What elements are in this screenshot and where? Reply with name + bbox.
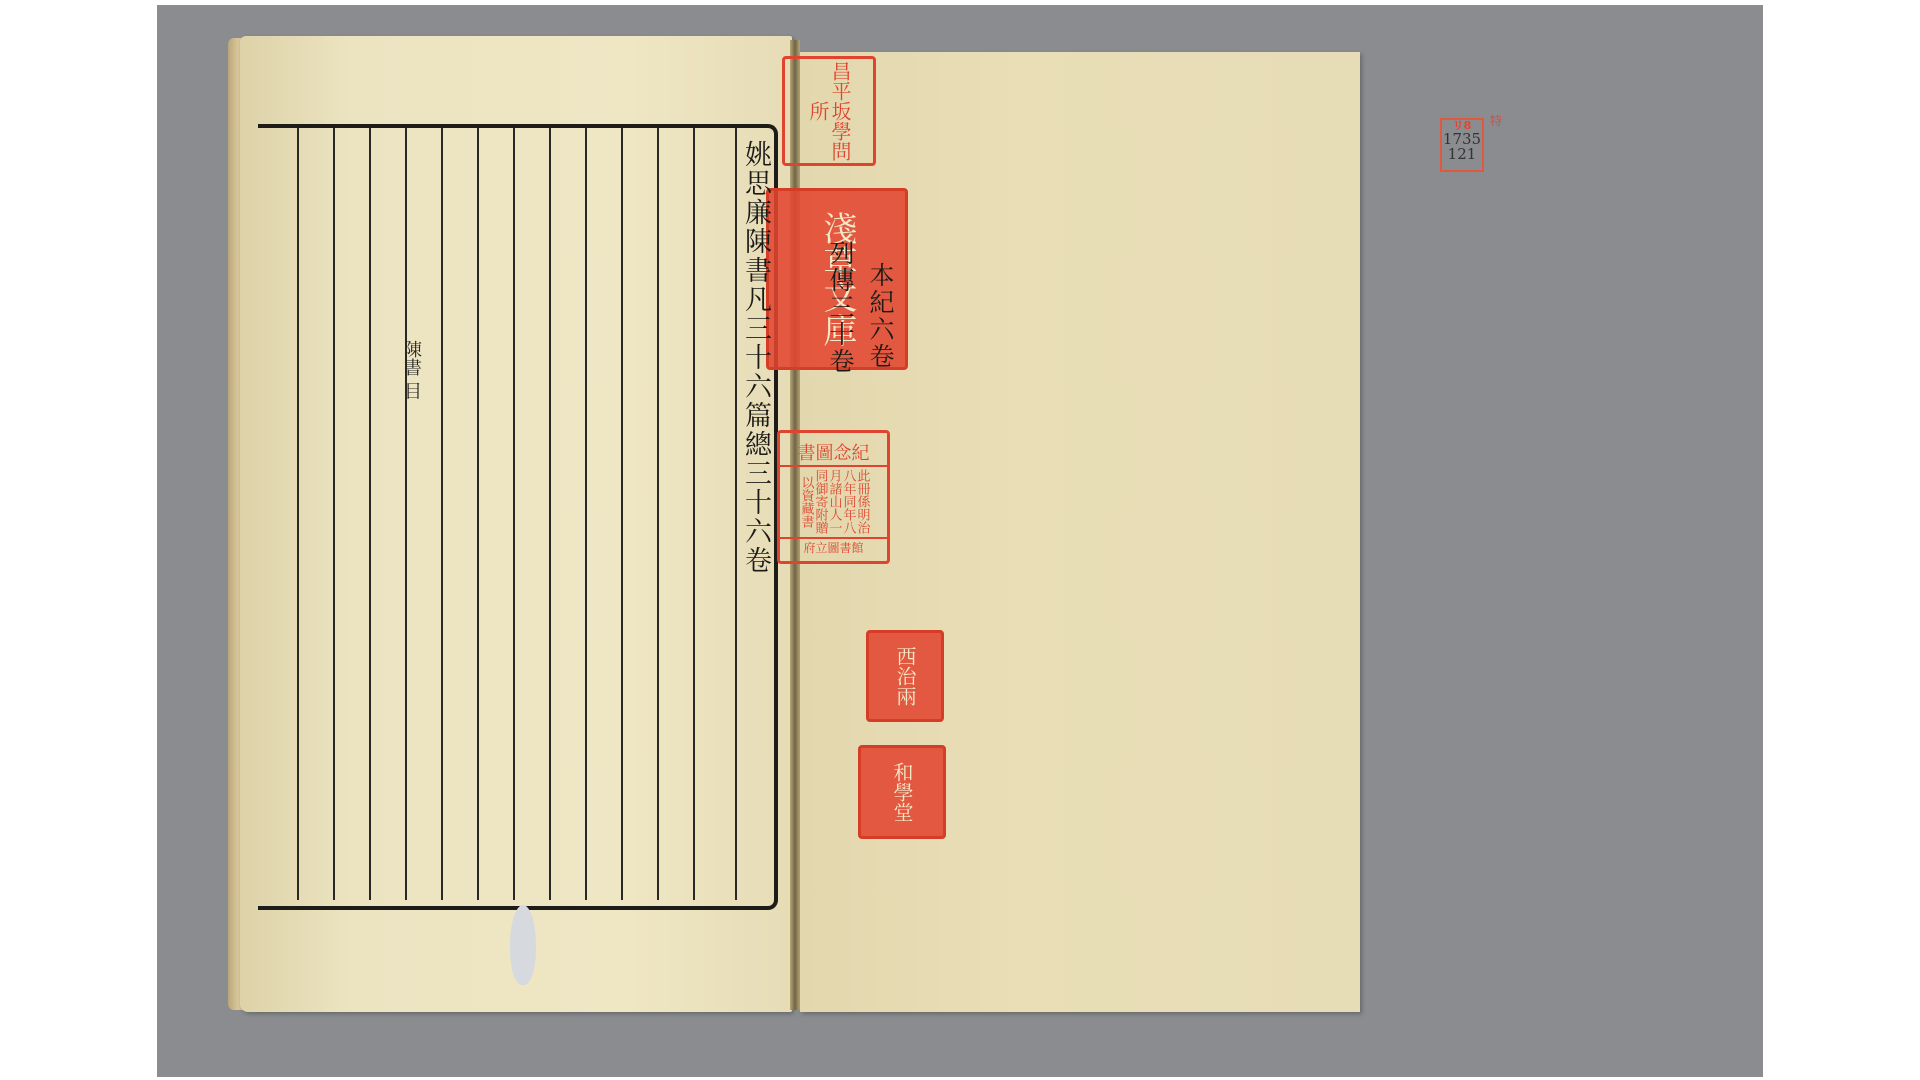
column-rule xyxy=(693,128,695,900)
special-mark: 特 xyxy=(1490,112,1502,129)
column-rule xyxy=(513,128,515,900)
sub-column-biographies: 列傳三十卷 xyxy=(826,240,854,375)
column-rule xyxy=(297,128,299,900)
spine-label: 陳書 目 xyxy=(398,340,424,400)
sub-column-annals: 本紀六卷 xyxy=(866,262,894,370)
column-rule xyxy=(735,128,737,900)
column-rule xyxy=(333,128,335,900)
column-rule xyxy=(477,128,479,900)
column-rule xyxy=(621,128,623,900)
lower-seal-1: 西治兩 xyxy=(866,630,944,722)
column-rule xyxy=(441,128,443,900)
column-rule xyxy=(369,128,371,900)
title-column: 姚思廉陳書凡三十六篇總三十六卷 xyxy=(740,140,770,575)
column-rule xyxy=(585,128,587,900)
column-rule xyxy=(657,128,659,900)
printed-frame xyxy=(258,124,778,910)
lower-seal-2: 和學堂 xyxy=(858,745,946,839)
call-number-label: リ8 1735 121 xyxy=(1440,118,1484,172)
paper-tear xyxy=(510,905,536,985)
top-seal: 昌平坂學問所 xyxy=(782,56,876,166)
volume-number: 121 xyxy=(1442,147,1482,162)
column-rule xyxy=(405,128,407,900)
column-rule xyxy=(549,128,551,900)
donation-seal: 書圖念紀 此冊係明治八年同年八月諸山人一同御寄附贈以資藏書 府立圖書館 xyxy=(777,430,890,564)
